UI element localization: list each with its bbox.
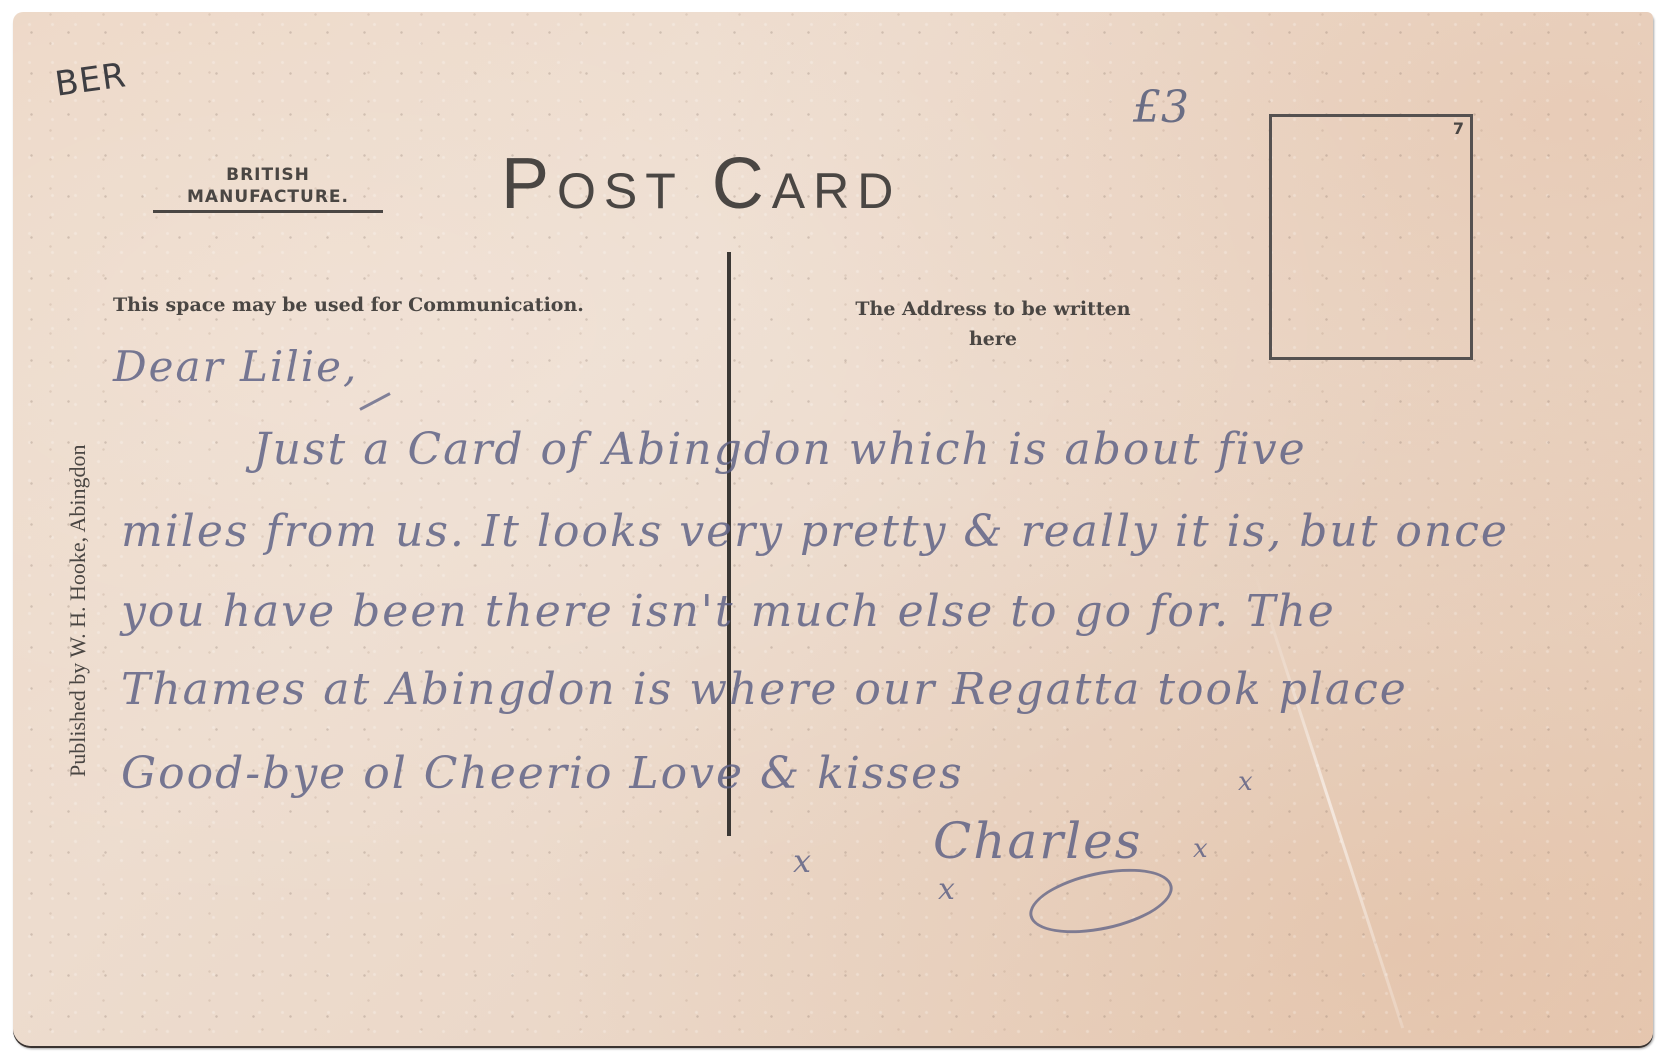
postcard-back: BER £3 BRITISH MANUFACTURE. Post Card Pu… [13, 12, 1653, 1046]
kiss-mark: x [1238, 767, 1255, 797]
message-line: you have been there isn't much else to g… [121, 586, 1336, 637]
stamp-box: 7 [1269, 114, 1473, 360]
maker-mark-line1: BRITISH [226, 165, 310, 185]
address-label-line2: here [833, 324, 1153, 354]
salutation-underline [359, 392, 390, 411]
signature: Charles [933, 812, 1142, 870]
message-line: Good-bye ol Cheerio Love & kisses [121, 748, 964, 799]
message-line: miles from us. It looks very pretty & re… [121, 506, 1509, 557]
maker-mark: BRITISH MANUFACTURE. [153, 164, 383, 213]
address-label: The Address to be written here [833, 294, 1153, 354]
stamp-box-number: 7 [1453, 119, 1464, 138]
kiss-mark: x [938, 872, 957, 907]
kiss-mark: x [793, 842, 813, 880]
message-line: Just a Card of Abingdon which is about f… [253, 424, 1307, 475]
postcard-title: Post Card [501, 144, 901, 224]
price-pencil-note: £3 [1133, 82, 1189, 133]
kiss-mark: x [1193, 834, 1210, 864]
signature-flourish [1024, 857, 1179, 944]
publisher-credit: Published by W. H. Hooke, Abingdon [65, 267, 91, 777]
message-line: Thames at Abingdon is where our Regatta … [121, 664, 1408, 715]
message-salutation: Dear Lilie, [113, 342, 358, 391]
corner-pencil-note: BER [53, 55, 129, 105]
communication-label: This space may be used for Communication… [113, 294, 584, 316]
paper-crease [1253, 571, 1404, 1028]
maker-mark-line2: MANUFACTURE. [153, 186, 383, 213]
address-label-line1: The Address to be written [833, 294, 1153, 324]
